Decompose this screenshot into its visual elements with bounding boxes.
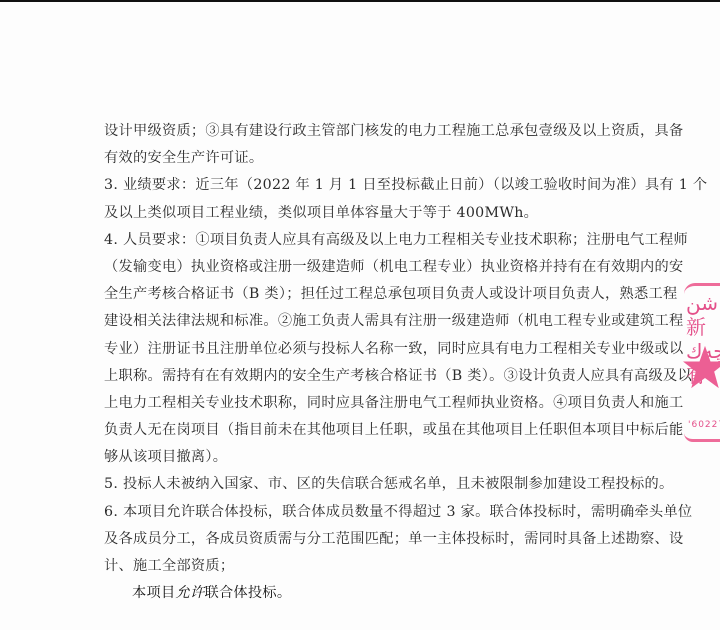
top-border — [0, 0, 720, 2]
text-line: 上职称。需持有在有效期内的安全生产考核合格证书（B 类）。③设计负责人应具有高级… — [104, 364, 614, 391]
company-seal: شن新 چەك有 '60227 — [684, 283, 720, 438]
text-line: 负责人无在岗项目（指目前未在其他项目上任职，或虽在其他项目上任职但本项目中标后能 — [104, 418, 614, 445]
seal-arc-bottom — [684, 433, 720, 442]
text-line: 有效的安全生产许可证。 — [104, 146, 614, 173]
text-line: 设计甲级资质；③具有建设行政主管部门核发的电力工程施工总承包壹级及以上资质，具备 — [104, 119, 614, 146]
seal-code: '60227 — [688, 420, 720, 430]
text-line: 6. 本项目允许联合体投标，联合体成员数量不得超过 3 家。联合体投标时，需明确… — [104, 500, 614, 527]
text-line: 5. 投标人未被纳入国家、市、区的失信联合惩戒名单，且未被限制参加建设工程投标的… — [104, 472, 614, 499]
text-line: （发输变电）执业资格或注册一级建造师（机电工程专业）执业资格并持有在有效期内的安 — [104, 255, 614, 282]
final-prefix: 本项目 — [132, 585, 175, 601]
text-line: 专业）注册证书且注册单位必须与投标人名称一致，同时应具有电力工程相关专业中级或以 — [104, 337, 614, 364]
document-body: 设计甲级资质；③具有建设行政主管部门核发的电力工程施工总承包壹级及以上资质，具备… — [104, 119, 614, 608]
text-line: 上电力工程相关专业技术职称，同时应具备注册电气工程师执业资格。④项目负责人和施工 — [104, 391, 614, 418]
text-line: 及以上类似项目工程业绩，类似项目单体容量大于等于 400MWh。 — [104, 201, 614, 228]
text-line: 全生产考核合格证书（B 类）；担任过工程总承包项目负责人或设计项目负责人，熟悉工… — [104, 282, 614, 309]
final-statement: 本项目允许联合体投标。 — [104, 581, 614, 608]
star-icon — [682, 345, 720, 389]
final-italic: 允许 — [175, 585, 204, 601]
seal-text-row1: شن新 — [686, 291, 720, 339]
final-suffix: 联合体投标。 — [204, 585, 291, 601]
text-line: 及各成员分工，各成员资质需与分工范围匹配；单一主体投标时，需同时具备上述勘察、设 — [104, 527, 614, 554]
text-line: 建设相关法律法规和标准。②施工负责人需具有注册一级建造师（机电工程专业或建筑工程 — [104, 309, 614, 336]
text-line: 3. 业绩要求：近三年（2022 年 1 月 1 日至投标截止日前）（以竣工验收… — [104, 173, 614, 200]
text-line: 够从该项目撤离）。 — [104, 445, 614, 472]
text-line: 4. 人员要求：①项目负责人应具有高级及以上电力工程相关专业技术职称；注册电气工… — [104, 228, 614, 255]
text-line: 计、施工全部资质； — [104, 554, 614, 581]
